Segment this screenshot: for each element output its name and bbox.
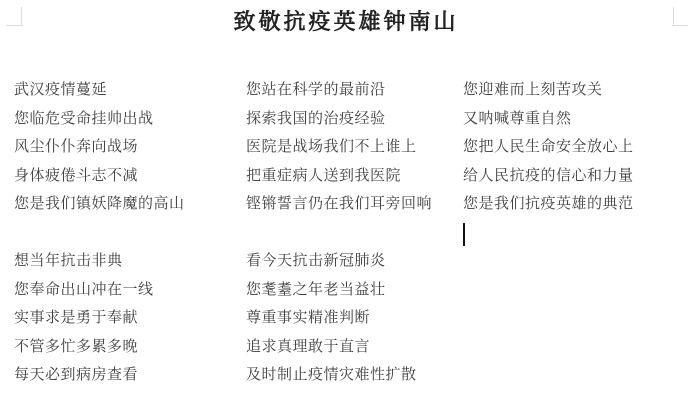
poem-line[interactable]: 您是我们镇妖降魔的高山 — [14, 189, 239, 218]
poem-line[interactable]: 不管多忙多累多晚 — [14, 332, 239, 361]
poem-column-2[interactable]: 您站在科学的最前沿探索我国的治疫经验医院是战场我们不上谁上把重症病人送到我医院铿… — [246, 75, 471, 389]
poem-line[interactable]: 您迎难而上刻苦攻关 — [463, 75, 688, 104]
poem-line[interactable]: 您把人民生命安全放心上 — [463, 132, 688, 161]
poem-line[interactable]: 您临危受命挂帅出战 — [14, 104, 239, 133]
poem-line[interactable]: 每天必到病房查看 — [14, 360, 239, 389]
poem-line[interactable]: 武汉疫情蔓延 — [14, 75, 239, 104]
stanza-gap — [246, 218, 471, 247]
poem-line[interactable]: 实事求是勇于奉献 — [14, 303, 239, 332]
poem-line[interactable]: 又呐喊尊重自然 — [463, 104, 688, 133]
poem-columns: 武汉疫情蔓延您临危受命挂帅出战风尘仆仆奔向战场身体疲倦斗志不减您是我们镇妖降魔的… — [0, 0, 692, 406]
caret-line[interactable] — [463, 218, 688, 247]
poem-line[interactable]: 您耄耋之年老当益壮 — [246, 275, 471, 304]
text-cursor — [463, 223, 465, 246]
stanza-gap — [14, 218, 239, 247]
poem-line[interactable]: 您是我们抗疫英雄的典范 — [463, 189, 688, 218]
poem-line[interactable]: 您站在科学的最前沿 — [246, 75, 471, 104]
poem-line[interactable]: 铿锵誓言仍在我们耳旁回响 — [246, 189, 471, 218]
poem-line[interactable]: 看今天抗击新冠肺炎 — [246, 246, 471, 275]
poem-column-1[interactable]: 武汉疫情蔓延您临危受命挂帅出战风尘仆仆奔向战场身体疲倦斗志不减您是我们镇妖降魔的… — [14, 75, 239, 389]
document-page[interactable]: 致敬抗疫英雄钟南山 武汉疫情蔓延您临危受命挂帅出战风尘仆仆奔向战场身体疲倦斗志不… — [0, 0, 692, 406]
poem-line[interactable]: 风尘仆仆奔向战场 — [14, 132, 239, 161]
poem-line[interactable]: 探索我国的治疫经验 — [246, 104, 471, 133]
poem-line[interactable]: 及时制止疫情灾难性扩散 — [246, 360, 471, 389]
poem-line[interactable]: 想当年抗击非典 — [14, 246, 239, 275]
poem-line[interactable]: 您奉命出山冲在一线 — [14, 275, 239, 304]
poem-line[interactable]: 追求真理敢于直言 — [246, 332, 471, 361]
poem-line[interactable]: 把重症病人送到我医院 — [246, 161, 471, 190]
poem-line[interactable]: 尊重事实精准判断 — [246, 303, 471, 332]
poem-line[interactable]: 医院是战场我们不上谁上 — [246, 132, 471, 161]
poem-line[interactable]: 给人民抗疫的信心和力量 — [463, 161, 688, 190]
poem-line[interactable]: 身体疲倦斗志不减 — [14, 161, 239, 190]
poem-column-3[interactable]: 您迎难而上刻苦攻关又呐喊尊重自然您把人民生命安全放心上给人民抗疫的信心和力量您是… — [463, 75, 688, 246]
